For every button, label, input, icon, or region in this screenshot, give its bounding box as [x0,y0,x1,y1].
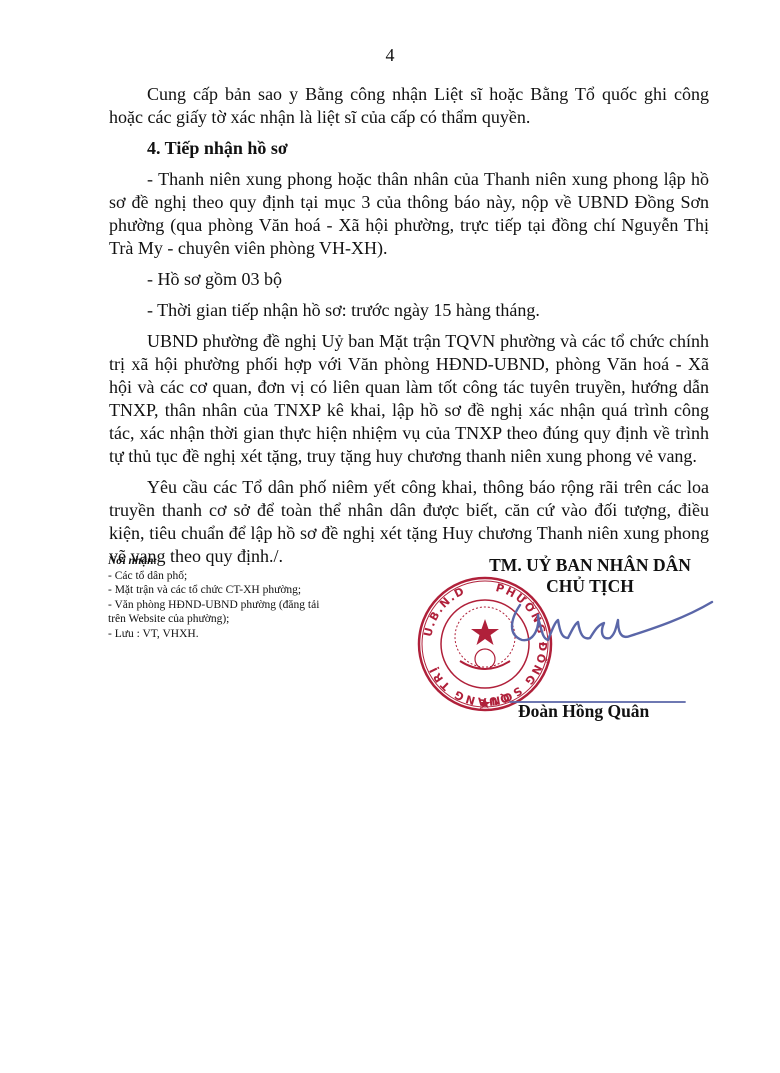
paragraph-certificate: Cung cấp bản sao y Bằng công nhận Liệt s… [109,83,709,129]
paragraph-deadline: - Thời gian tiếp nhận hồ sơ: trước ngày … [109,299,709,322]
paragraph-copies: - Hồ sơ gồm 03 bộ [109,268,709,291]
signature-org: TM. UỶ BAN NHÂN DÂN [450,555,730,576]
recipient-item: - Mặt trận và các tổ chức CT-XH phường; [108,583,338,598]
paragraph-coordination: UBND phường đề nghị Uỷ ban Mặt trận TQVN… [109,330,709,468]
handwritten-signature-icon [480,590,720,710]
recipient-item: - Văn phòng HĐND-UBND phường (đăng tải t… [108,598,338,627]
paragraph-submission: - Thanh niên xung phong hoặc thân nhân c… [109,168,709,260]
document-body: Cung cấp bản sao y Bằng công nhận Liệt s… [109,83,709,576]
section-heading-receipt: 4. Tiếp nhận hồ sơ [109,137,709,160]
recipient-item: - Lưu : VT, VHXH. [108,627,338,642]
recipient-item: - Các tổ dân phố; [108,569,338,584]
recipients-block: Nơi nhận: - Các tổ dân phố; - Mặt trận v… [108,554,338,641]
page-number: 4 [0,45,780,66]
signer-name: Đoàn Hồng Quân [518,701,649,722]
recipients-title: Nơi nhận: [108,554,338,569]
